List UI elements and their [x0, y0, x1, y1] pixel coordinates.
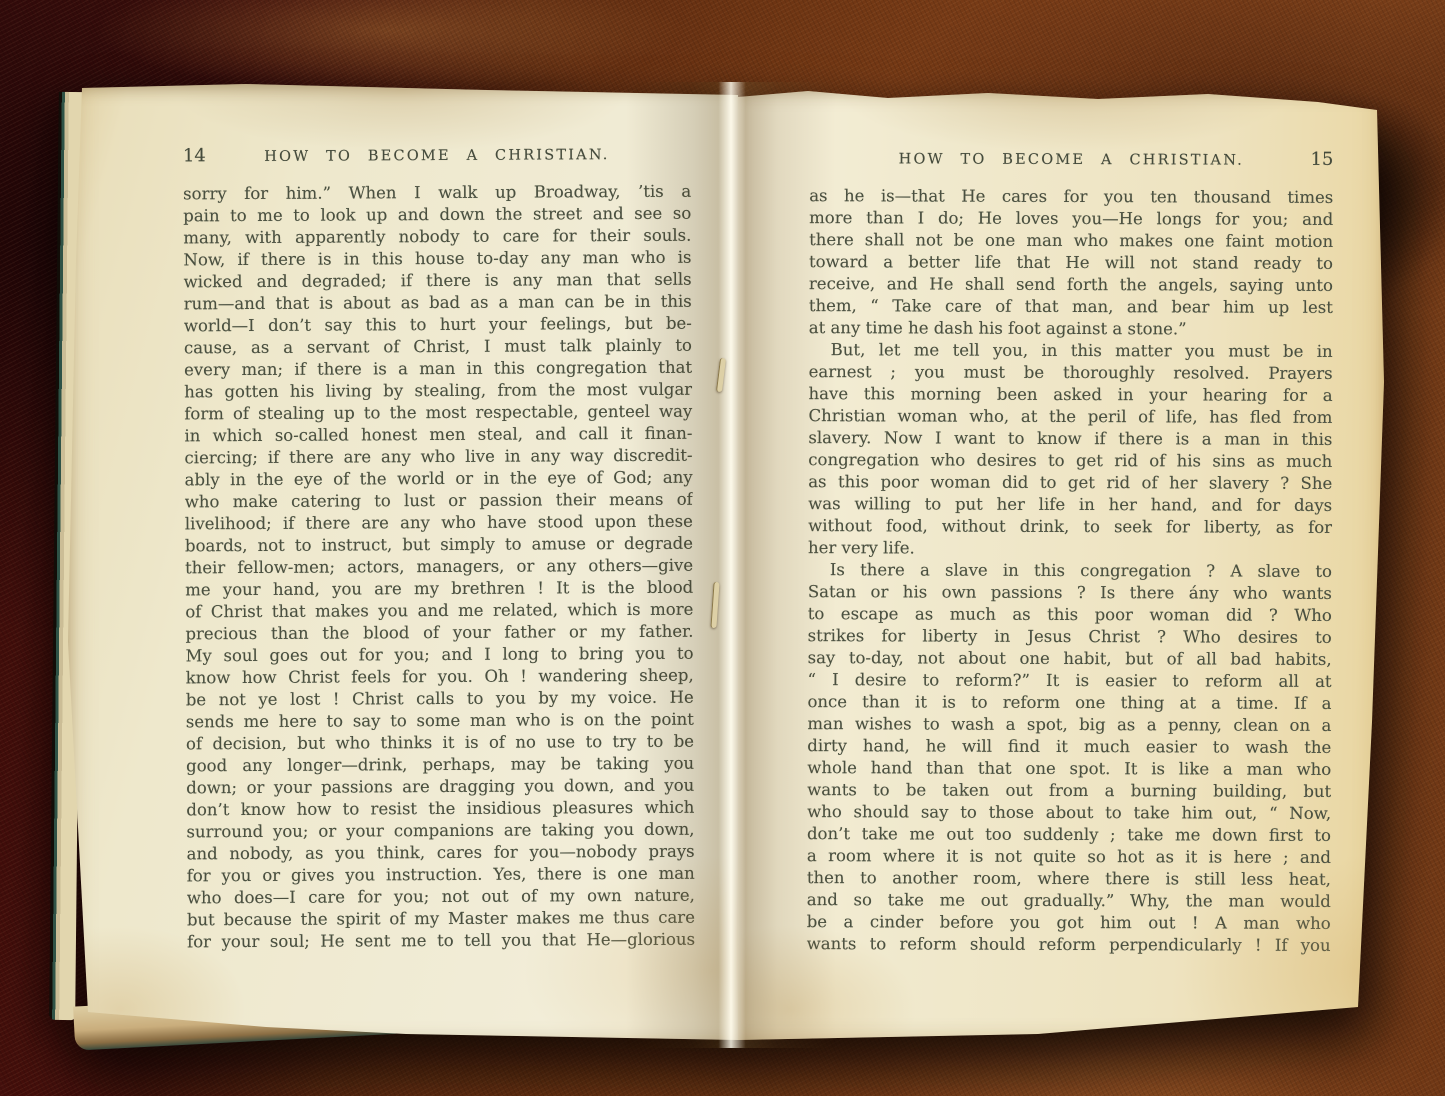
text-line: and so take me out gradually.” Why, the …: [807, 889, 1331, 913]
text-line: and nobody, as you think, cares for you—…: [187, 841, 695, 866]
text-line: who make catering to lust or passion the…: [185, 489, 693, 514]
page-header: 14 HOW TO BECOME A CHRISTIAN.: [183, 143, 691, 169]
text-line: Is there a slave in this congregation ? …: [808, 559, 1332, 583]
text-line: Christian woman who, at the peril of lif…: [808, 405, 1332, 429]
text-line: toward a better life that He will not st…: [809, 251, 1333, 275]
text-line: form of stealing up to the most respecta…: [184, 401, 692, 426]
text-line: there shall not be one man who makes one…: [809, 229, 1333, 253]
text-line: congregation who desires to get rid of h…: [808, 449, 1332, 473]
text-line: cause, as a servant of Christ, I must ta…: [184, 335, 692, 360]
right-page: HOW TO BECOME A CHRISTIAN. 15 as he is—t…: [738, 82, 1392, 1048]
text-line: Now, if there is in this house to-day an…: [183, 247, 691, 272]
text-line: My soul goes out for you; and I long to …: [186, 643, 694, 668]
left-page-content: 14 HOW TO BECOME A CHRISTIAN. sorry for …: [183, 143, 695, 954]
text-line: boards, not to instruct, but simply to a…: [185, 533, 693, 558]
right-page-content: HOW TO BECOME A CHRISTIAN. 15 as he is—t…: [807, 147, 1334, 957]
text-line: precious than the blood of your father o…: [185, 621, 693, 646]
text-line: her very life.: [808, 537, 1332, 561]
text-line: of Christ that makes you and me related,…: [185, 599, 693, 624]
text-line: down; or your passions are dragging you …: [186, 775, 694, 800]
text-line: “ I desire to reform?” It is easier to r…: [808, 669, 1332, 693]
text-line: strikes for liberty in Jesus Christ ? Wh…: [808, 625, 1332, 649]
text-line: rum—and that is about as bad as a man ca…: [184, 291, 692, 316]
text-line: was willing to put her life in her hand,…: [808, 493, 1332, 517]
text-line: as he is—that He cares for you ten thous…: [809, 185, 1333, 209]
text-line: have this morning been asked in your hea…: [809, 383, 1333, 407]
text-line: wicked and degraded; if there is any man…: [184, 269, 692, 294]
text-line: don’t know how to resist the insidious p…: [186, 797, 694, 822]
text-line: be not ye lost ! Christ calls to you by …: [186, 687, 694, 712]
text-line: But, let me tell you, in this matter you…: [809, 339, 1333, 363]
running-title: HOW TO BECOME A CHRISTIAN.: [229, 144, 645, 168]
text-line: know how Christ feels for you. Oh ! wand…: [186, 665, 694, 690]
text-line: once than it is to reform one thing at a…: [807, 691, 1331, 715]
text-line: them, “ Take care of that man, and bear …: [809, 295, 1333, 319]
text-line: ciercing; if there are any who live in a…: [184, 445, 692, 470]
text-line: but because the spirit of my Master make…: [187, 907, 695, 932]
text-line: receive, and He shall send forth the ang…: [809, 273, 1333, 297]
text-line: me your hand, you are my brethren ! It i…: [185, 577, 693, 602]
page-number: 15: [1287, 149, 1333, 171]
text-line: ably in the eye of the world or in the e…: [185, 467, 693, 492]
running-title: HOW TO BECOME A CHRISTIAN.: [855, 148, 1287, 172]
text-line: slavery. Now I want to know if there is …: [808, 427, 1332, 451]
text-line: surround you; or your companions are tak…: [186, 819, 694, 844]
page-body-text: sorry for him.” When I walk up Broadway,…: [183, 181, 695, 954]
text-line: to escape as much as this poor woman did…: [808, 603, 1332, 627]
text-line: world—I don’t say this to hurt your feel…: [184, 313, 692, 338]
page-number: 14: [183, 145, 229, 167]
open-book: 14 HOW TO BECOME A CHRISTIAN. sorry for …: [66, 82, 1392, 1048]
text-line: don’t take me out too suddenly ; take me…: [807, 823, 1331, 847]
text-line: good any longer—drink, perhaps, may be t…: [186, 753, 694, 778]
text-line: every man; if there is a man in this con…: [184, 357, 692, 382]
text-line: for you or gives you instruction. Yes, t…: [187, 863, 695, 888]
text-line: dirty hand, he will find it much easier …: [807, 735, 1331, 759]
text-line: as this poor woman did to get rid of her…: [808, 471, 1332, 495]
photo-of-open-book: 14 HOW TO BECOME A CHRISTIAN. sorry for …: [0, 0, 1445, 1096]
text-line: then to another room, where there is sti…: [807, 867, 1331, 891]
text-line: more than I do; He loves you—He longs fo…: [809, 207, 1333, 231]
left-page: 14 HOW TO BECOME A CHRISTIAN. sorry for …: [66, 82, 738, 1048]
text-line: be a cinder before you got him out ! A m…: [807, 911, 1331, 935]
text-line: for your soul; He sent me to tell you th…: [187, 929, 695, 954]
text-line: has gotten his living by stealing, from …: [184, 379, 692, 404]
text-line: whole hand than that one spot. It is lik…: [807, 757, 1331, 781]
text-line: without food, without drink, to seek for…: [808, 515, 1332, 539]
page-body-text: as he is—that He cares for you ten thous…: [807, 185, 1334, 957]
text-line: livelihood; if there are any who have st…: [185, 511, 693, 536]
text-line: their fellow-men; actors, managers, or a…: [185, 555, 693, 580]
text-line: wants to be taken out from a burning bui…: [807, 779, 1331, 803]
text-line: in which so-called honest men steal, and…: [184, 423, 692, 448]
page-header: HOW TO BECOME A CHRISTIAN. 15: [809, 147, 1333, 172]
text-line: sorry for him.” When I walk up Broadway,…: [183, 181, 691, 206]
text-line: at any time he dash his foot against a s…: [809, 317, 1333, 341]
text-line: earnest ; you must be thoroughly resolve…: [809, 361, 1333, 385]
text-line: sends me here to say to some man who is …: [186, 709, 694, 734]
text-line: who should say to those about to take hi…: [807, 801, 1331, 825]
text-line: say to-day, not about one habit, but of …: [808, 647, 1332, 671]
text-line: who does—I care for you; not out of my o…: [187, 885, 695, 910]
text-line: man wishes to wash a spot, big as a penn…: [807, 713, 1331, 737]
text-line: of decision, but who thinks it is of no …: [186, 731, 694, 756]
text-line: wants to reform should reform perpendicu…: [807, 933, 1331, 957]
text-line: Satan or his own passions ? Is there ány…: [808, 581, 1332, 605]
text-line: pain to me to look up and down the stree…: [183, 203, 691, 228]
text-line: a room where it is not quite so hot as i…: [807, 845, 1331, 869]
text-line: many, with apparently nobody to care for…: [183, 225, 691, 250]
